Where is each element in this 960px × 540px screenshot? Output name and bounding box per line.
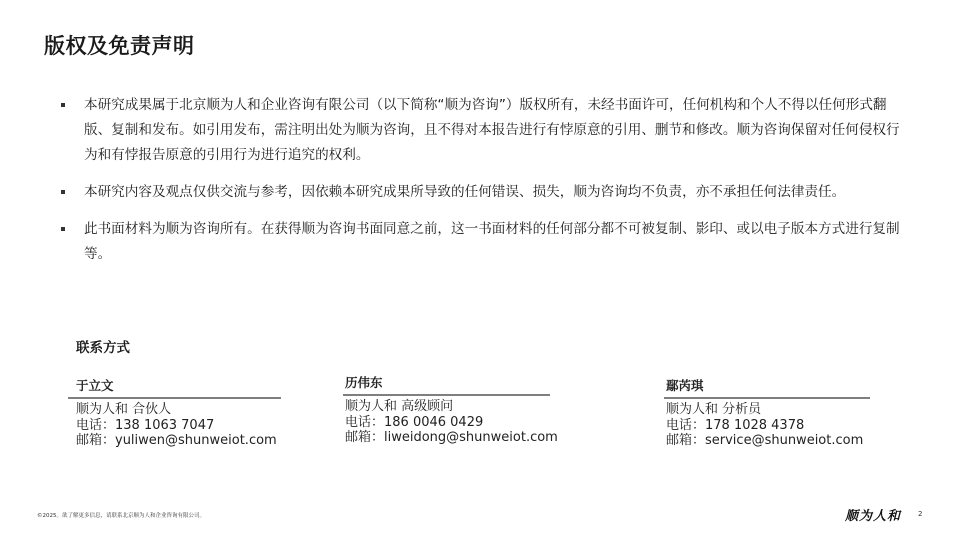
contact-role: 顺为人和 合伙人 <box>76 402 281 418</box>
footer-copyright: ©2025。欲了解更多信息，请联系北京顺为人和企业咨询有限公司。 <box>37 511 205 519</box>
square-bullet-icon <box>61 103 65 107</box>
contact-email[interactable]: 邮箱：liweidong@shunweiot.com <box>345 430 550 446</box>
contact-email[interactable]: 邮箱：yuliwen@shunweiot.com <box>76 433 281 449</box>
bullet-text: 本研究内容及观点仅供交流与参考，因依赖本研究成果所导致的任何错误、损失，顺为咨询… <box>84 184 845 200</box>
page-title: 版权及免责声明 <box>44 30 195 60</box>
contact-email[interactable]: 邮箱：service@shunweiot.com <box>666 433 870 449</box>
contact-name: 历伟东 <box>345 375 550 392</box>
contact-name: 于立文 <box>76 378 281 395</box>
contact-phone: 电话：178 1028 4378 <box>666 418 870 434</box>
divider <box>343 394 550 396</box>
contact-role: 顺为人和 高级顾问 <box>345 399 550 415</box>
brand-logo: 顺为人和 <box>845 505 901 524</box>
contact-heading: 联系方式 <box>76 336 130 356</box>
list-item: 本研究成果属于北京顺为人和企业咨询有限公司（以下简称“顺为咨询”）版权所有，未经… <box>58 93 908 168</box>
contact-phone: 电话：138 1063 7047 <box>76 418 281 434</box>
contact-name: 鄢芮琪 <box>666 378 870 395</box>
contact-card: 历伟东 顺为人和 高级顾问 电话：186 0046 0429 邮箱：liweid… <box>345 375 550 446</box>
contact-card: 鄢芮琪 顺为人和 分析员 电话：178 1028 4378 邮箱：service… <box>666 378 870 449</box>
contact-phone: 电话：186 0046 0429 <box>345 415 550 431</box>
contact-card: 于立文 顺为人和 合伙人 电话：138 1063 7047 邮箱：yuliwen… <box>76 378 281 449</box>
bullet-text: 本研究成果属于北京顺为人和企业咨询有限公司（以下简称“顺为咨询”）版权所有，未经… <box>84 97 900 163</box>
list-item: 此书面材料为顺为咨询所有。在获得顺为咨询书面同意之前，这一书面材料的任何部分都不… <box>58 217 908 267</box>
square-bullet-icon <box>61 227 65 231</box>
disclaimer-list: 本研究成果属于北京顺为人和企业咨询有限公司（以下简称“顺为咨询”）版权所有，未经… <box>58 93 908 279</box>
square-bullet-icon <box>61 190 65 194</box>
divider <box>68 397 281 399</box>
contact-role: 顺为人和 分析员 <box>666 402 870 418</box>
bullet-text: 此书面材料为顺为咨询所有。在获得顺为咨询书面同意之前，这一书面材料的任何部分都不… <box>84 221 900 262</box>
page-number: 2 <box>918 510 922 518</box>
divider <box>664 397 870 399</box>
list-item: 本研究内容及观点仅供交流与参考，因依赖本研究成果所导致的任何错误、损失，顺为咨询… <box>58 180 908 205</box>
